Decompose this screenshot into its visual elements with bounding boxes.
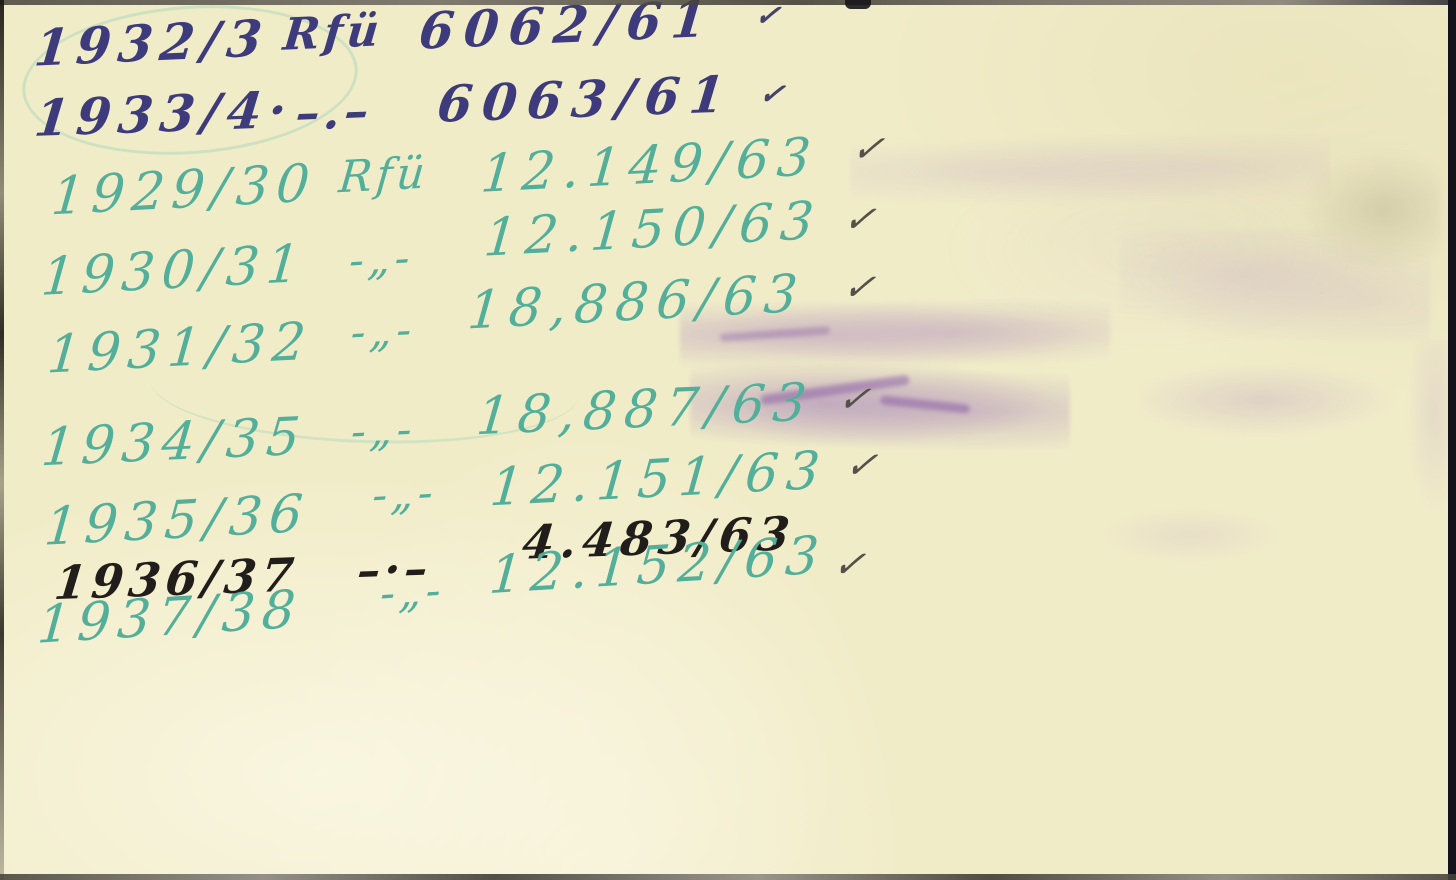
checkmark-icon: ✓ [842,442,880,488]
entry-ref: Rfü [337,147,431,203]
index-card: 1932/3 Rfü 6062/61 ✓ 1933/4· –.– 6063/61… [0,0,1456,880]
entry-year: 1933/4· [32,80,297,148]
checkmark-icon: ✓ [835,376,874,422]
scan-edge-top [0,0,1456,5]
entry-year: 1932/3 [32,8,272,78]
entry-year: 1929/30 [49,153,319,227]
checkmark-icon: ✓ [840,264,878,310]
entry-ditto: -„- [378,565,446,620]
entry-ditto: -„- [370,467,439,522]
entry-year: 1931/32 [45,311,315,385]
checkmark-icon: ✓ [757,76,788,113]
entry-ditto: -„- [349,304,418,359]
entry-ref: Rfü [281,5,385,61]
scan-edge-mark [845,0,871,9]
entry-number: 6062/61 [417,0,719,61]
entry-number: 6063/61 [434,64,737,134]
entry-year: 1935/36 [42,484,312,558]
entry-year: 1930/31 [39,234,309,308]
checkmark-icon: ✓ [830,541,868,587]
scan-edge-right [1448,0,1456,880]
scan-edge-left [0,0,4,880]
entry-ditto: -„- [349,404,418,458]
entry-year: 1934/35 [39,406,310,478]
scan-edge-bottom [0,874,1456,880]
entry-ditto: –.– [293,83,376,142]
entry-ditto: -„- [347,232,416,287]
checkmark-icon: ✓ [840,196,878,242]
checkmark-icon: ✓ [849,126,887,172]
checkmark-icon: ✓ [752,0,783,34]
paper-crease-shadow [1300,150,1440,270]
